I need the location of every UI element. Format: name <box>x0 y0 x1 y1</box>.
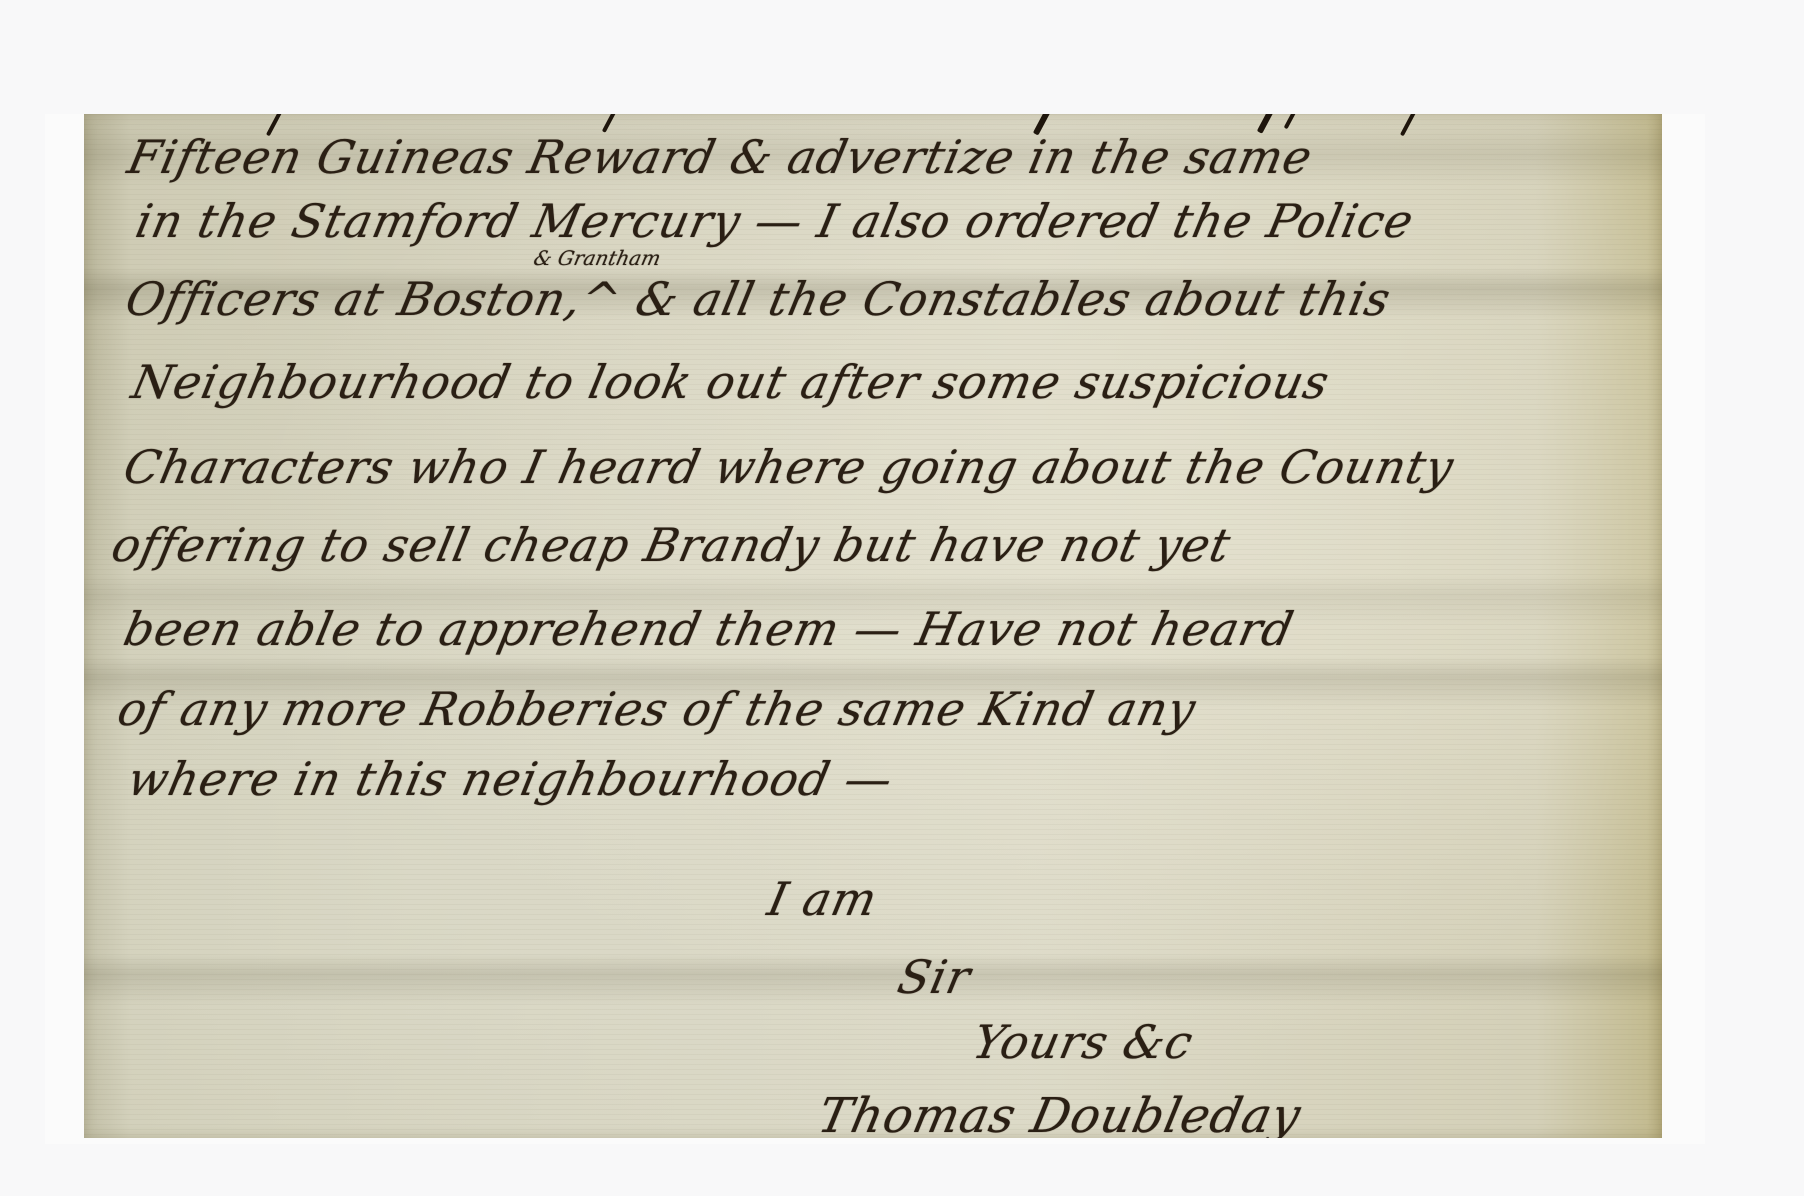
closing-i-am: I am <box>764 876 882 922</box>
letter-line-2: in the Stamford Mercury — I also ordered… <box>132 198 1418 244</box>
letter-line-9: where in this neighbourhood — <box>124 756 897 802</box>
letter-line-6: offering to sell cheap Brandy but have n… <box>108 522 1235 568</box>
signature: Thomas Doubleday <box>814 1092 1305 1138</box>
letter-line-3: Officers at Boston,^ & all the Constable… <box>122 276 1395 322</box>
ink-stroke <box>1284 114 1298 129</box>
closing-yours: Yours &c <box>969 1019 1197 1065</box>
interlinear-insertion: & Grantham <box>532 248 663 268</box>
letter-line-7: been able to apprehend them — Have not h… <box>120 606 1298 652</box>
letter-line-4: Neighbourhood to look out after some sus… <box>128 359 1334 405</box>
letter-line-8: of any more Robberies of the same Kind a… <box>114 686 1200 732</box>
closing-sir: Sir <box>894 954 975 1000</box>
letter-line-5: Characters who I heard where going about… <box>120 444 1458 490</box>
letter-page: Fifteen Guineas Reward & advertize in th… <box>84 114 1662 1138</box>
letter-line-1: Fifteen Guineas Reward & advertize in th… <box>124 134 1317 180</box>
ink-stroke <box>1400 114 1418 136</box>
